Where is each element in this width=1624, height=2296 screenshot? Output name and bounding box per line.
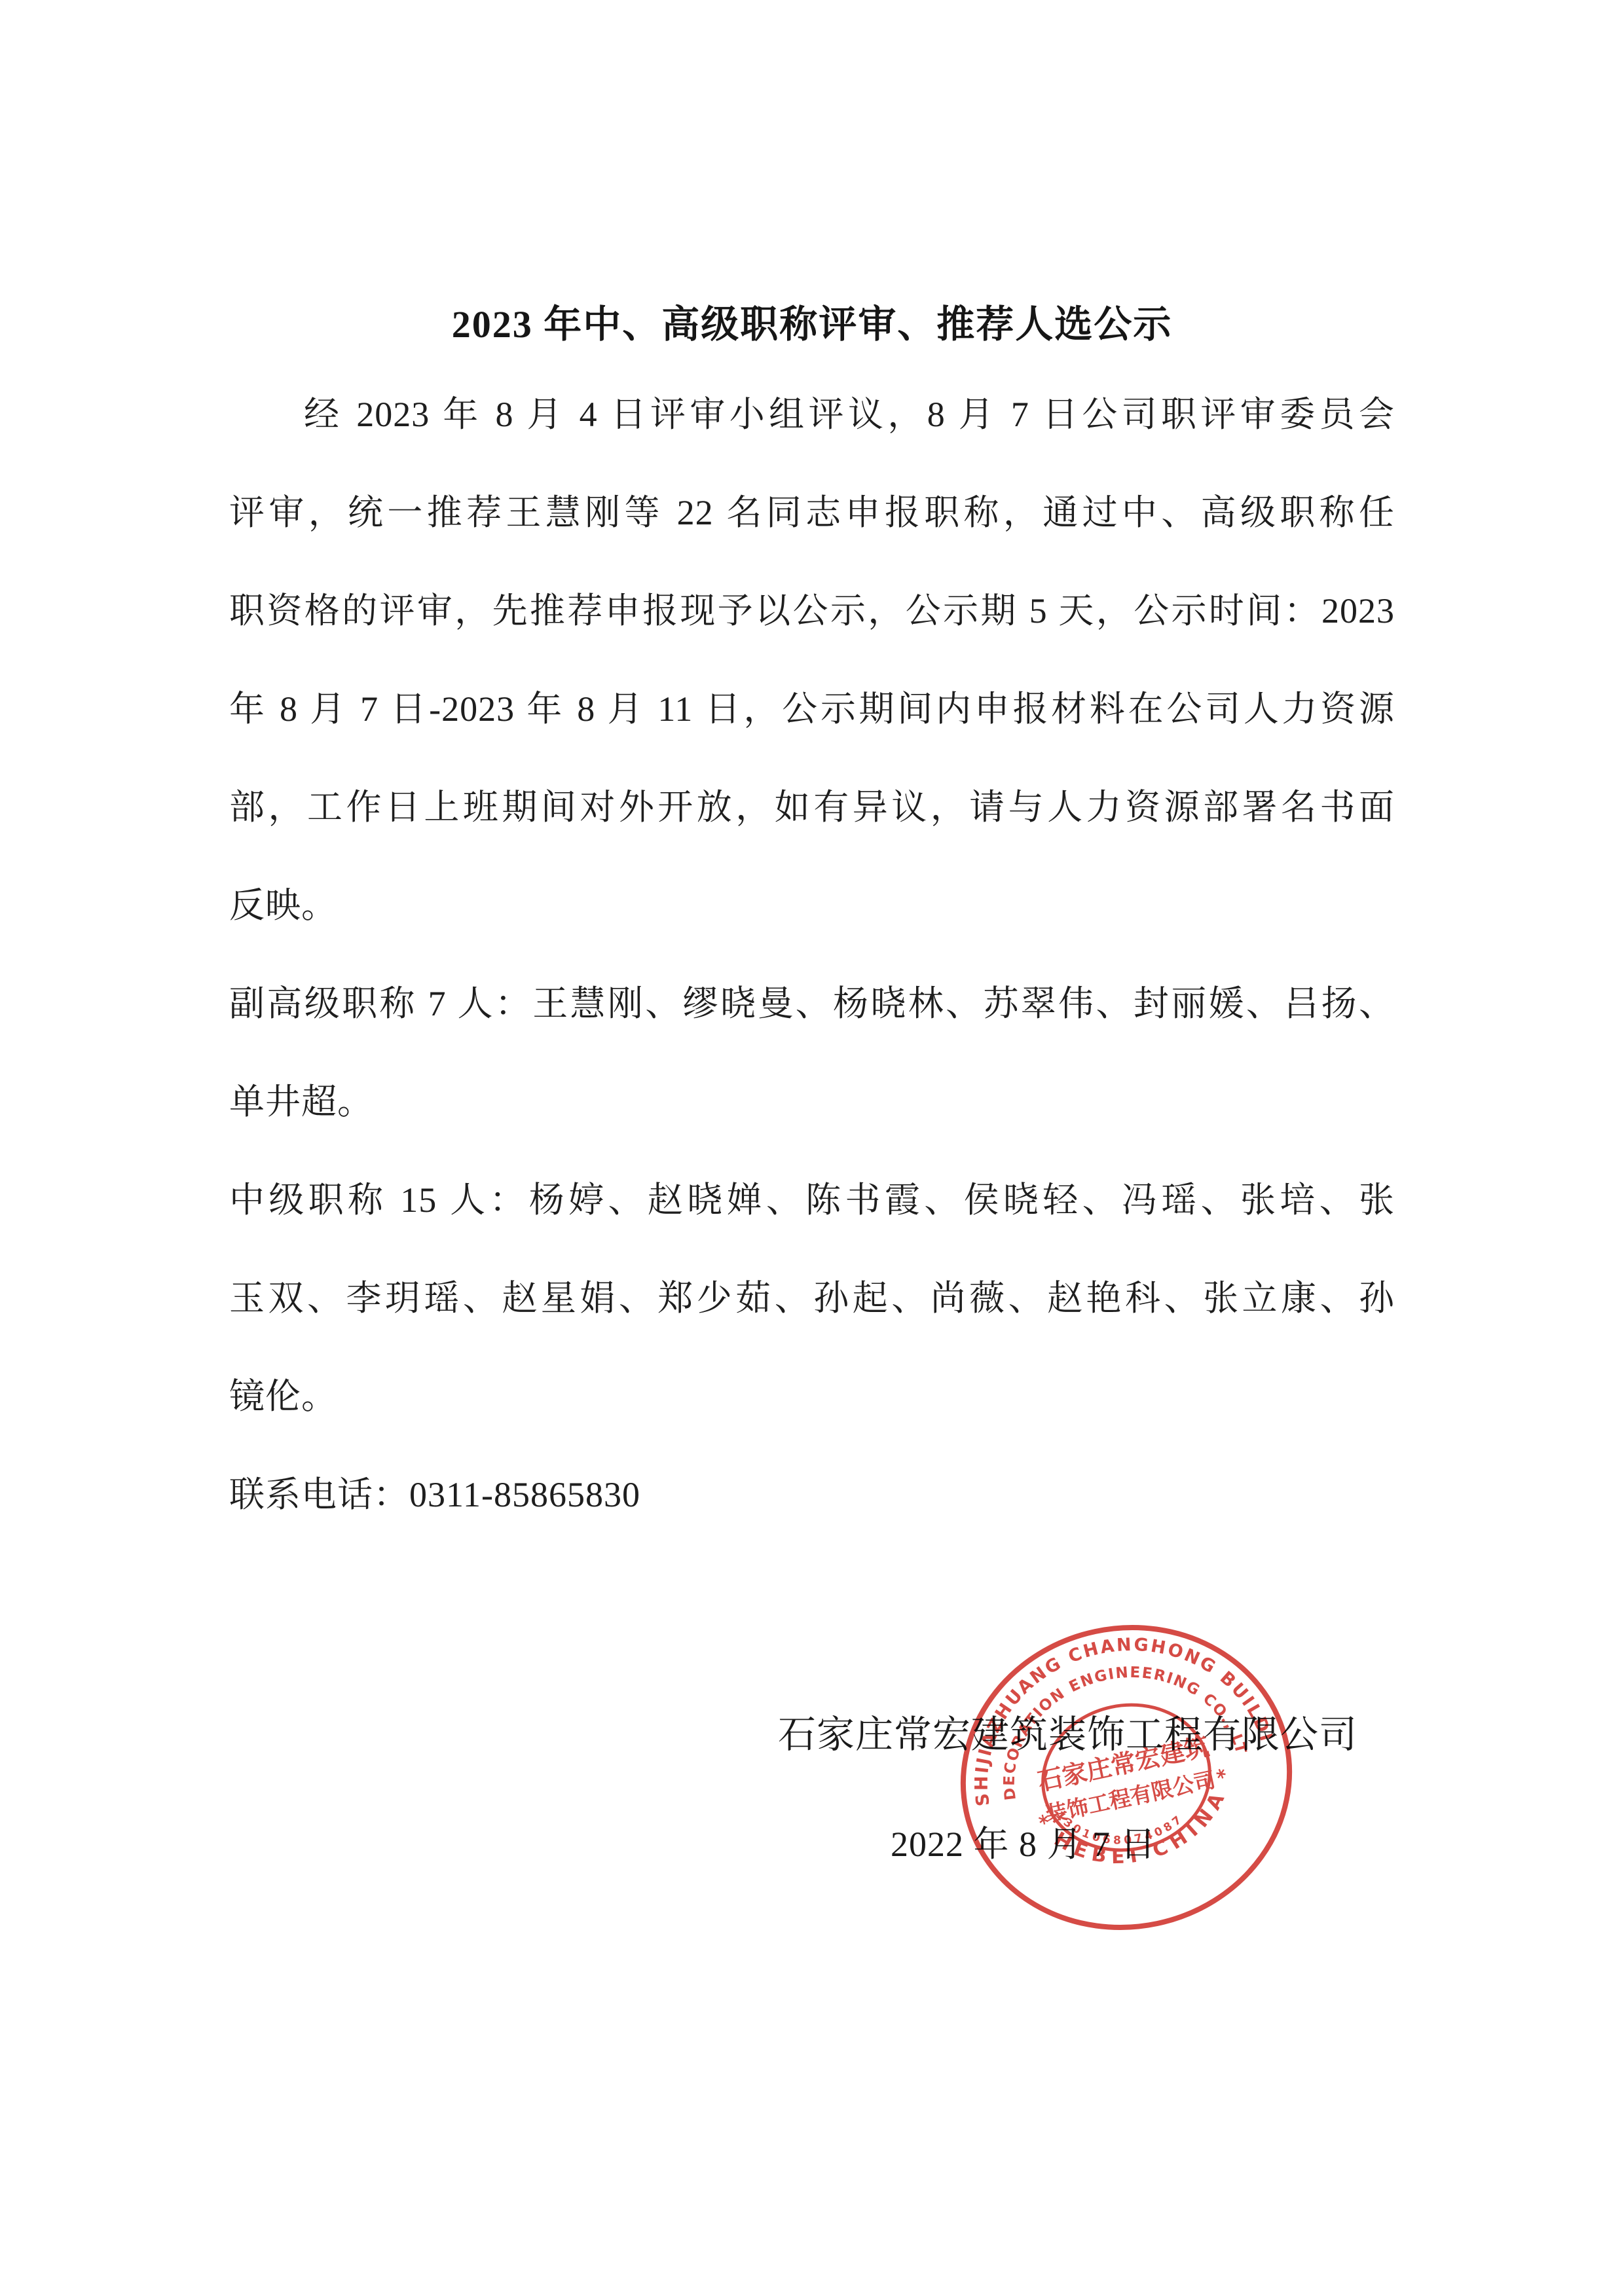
company-seal-stamp-icon: SHIJIAZHUANG CHANGHONG BUILDING DECORATI…	[943, 1601, 1310, 1954]
contact-phone-line: 联系电话：0311-85865830	[229, 1446, 1395, 1544]
document-page: 2023 年中、高级职称评审、推荐人选公示 经 2023 年 8 月 4 日评审…	[0, 0, 1624, 2296]
body-line: 反映。	[229, 856, 1395, 955]
body-line: 单井超。	[229, 1053, 1395, 1151]
body-line: 评审，统一推荐王慧刚等 22 名同志申报职称，通过中、高级职称任	[229, 464, 1395, 562]
body-line: 经 2023 年 8 月 4 日评审小组评议，8 月 7 日公司职评审委员会	[229, 365, 1395, 464]
body-line: 职资格的评审，先推荐申报现予以公示，公示期 5 天，公示时间：2023	[229, 562, 1395, 660]
document-title: 2023 年中、高级职称评审、推荐人选公示	[0, 293, 1624, 348]
document-body: 经 2023 年 8 月 4 日评审小组评议，8 月 7 日公司职评审委员会 评…	[229, 365, 1395, 1544]
body-line: 年 8 月 7 日-2023 年 8 月 11 日，公示期间内申报材料在公司人力…	[229, 660, 1395, 758]
body-line: 镜伦。	[229, 1347, 1395, 1446]
body-line: 部，工作日上班期间对外开放，如有异议，请与人力资源部署名书面	[229, 758, 1395, 856]
body-line: 玉双、李玥瑶、赵星娟、郑少茹、孙起、尚薇、赵艳科、张立康、孙	[229, 1249, 1395, 1347]
body-line-mid-titles: 中级职称 15 人：杨婷、赵晓婵、陈书霞、侯晓轻、冯瑶、张培、张	[229, 1151, 1395, 1249]
body-line-senior-titles: 副高级职称 7 人：王慧刚、缪晓曼、杨晓林、苏翠伟、封丽媛、吕扬、	[229, 955, 1395, 1053]
